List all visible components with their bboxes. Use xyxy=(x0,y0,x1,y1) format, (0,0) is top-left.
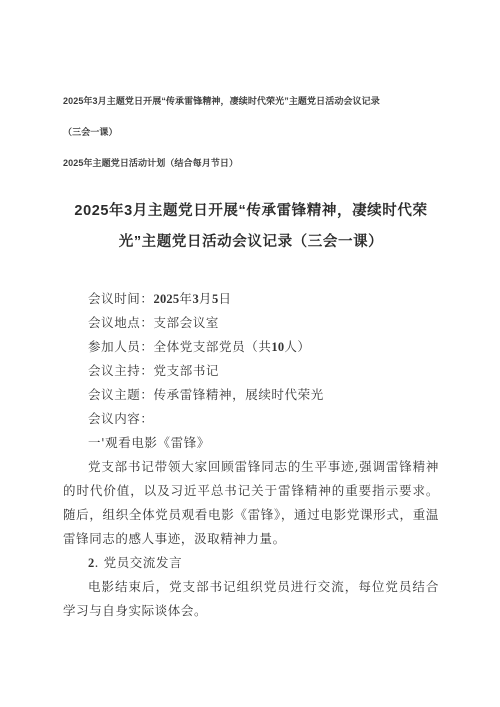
meeting-info-row-location: 会议地点：支部会议室 xyxy=(63,311,439,335)
top-note-line-3: 2025年主题党日活动计划（结合每月节日） xyxy=(63,148,439,179)
section-heading-movie: 一'观看电影《雷锋》 xyxy=(63,431,439,455)
info-label: 会议时间： xyxy=(88,291,154,306)
info-label: 会议地点： xyxy=(88,315,154,330)
section-paragraph-movie: 党支部书记带领大家回顾雷锋同志的生平事迹,强调雷锋精神的时代价值，以及习近平总书… xyxy=(63,455,439,551)
meeting-info-row-attendees: 参加人员：全体党支部党员（共10人） xyxy=(63,335,439,359)
info-label: 会议主题： xyxy=(88,387,154,402)
document-page: 2025年3月主题党日开展“传承雷锋精神，凄续时代荣光”主题党日活动会议记录 （… xyxy=(0,0,500,707)
info-label: 参加人员： xyxy=(88,339,154,354)
meeting-info-row-host: 会议主持：党支部书记 xyxy=(63,359,439,383)
meeting-info-row-content: 会议内容： xyxy=(63,407,439,431)
document-title: 2025年3月主题党日开展“传承雷锋精神，凄续时代荣光”主题党日活动会议记录（三… xyxy=(63,196,439,258)
section-heading-discussion: 2. 党员交流发言 xyxy=(63,551,439,575)
info-value: 全体党支部党员（共10人） xyxy=(154,339,311,354)
top-note-line-1: 2025年3月主题党日开展“传承雷锋精神，凄续时代荣光”主题党日活动会议记录 xyxy=(63,86,439,117)
document-body: 会议时间：2025年3月5日 会议地点：支部会议室 参加人员：全体党支部党员（共… xyxy=(63,287,439,623)
meeting-info-row-theme: 会议主题：传承雷锋精神，展续时代荣光 xyxy=(63,383,439,407)
top-note-line-2: （三会一课） xyxy=(63,117,439,148)
info-label: 会议主持： xyxy=(88,363,154,378)
document-content: 2025年3月主题党日开展“传承雷锋精神，凄续时代荣光”主题党日活动会议记录 （… xyxy=(63,86,439,623)
info-value: 党支部书记 xyxy=(154,363,220,378)
section-paragraph-discussion: 电影结束后，党支部书记组织党员进行交流，每位党员结合学习与自身实际谈体会。 xyxy=(63,575,439,623)
top-notes: 2025年3月主题党日开展“传承雷锋精神，凄续时代荣光”主题党日活动会议记录 （… xyxy=(63,86,439,179)
info-label: 会议内容： xyxy=(88,411,154,426)
info-value: 传承雷锋精神，展续时代荣光 xyxy=(154,387,324,402)
info-value: 支部会议室 xyxy=(154,315,220,330)
meeting-info-row-time: 会议时间：2025年3月5日 xyxy=(63,287,439,311)
info-value: 2025年3月5日 xyxy=(154,291,232,306)
